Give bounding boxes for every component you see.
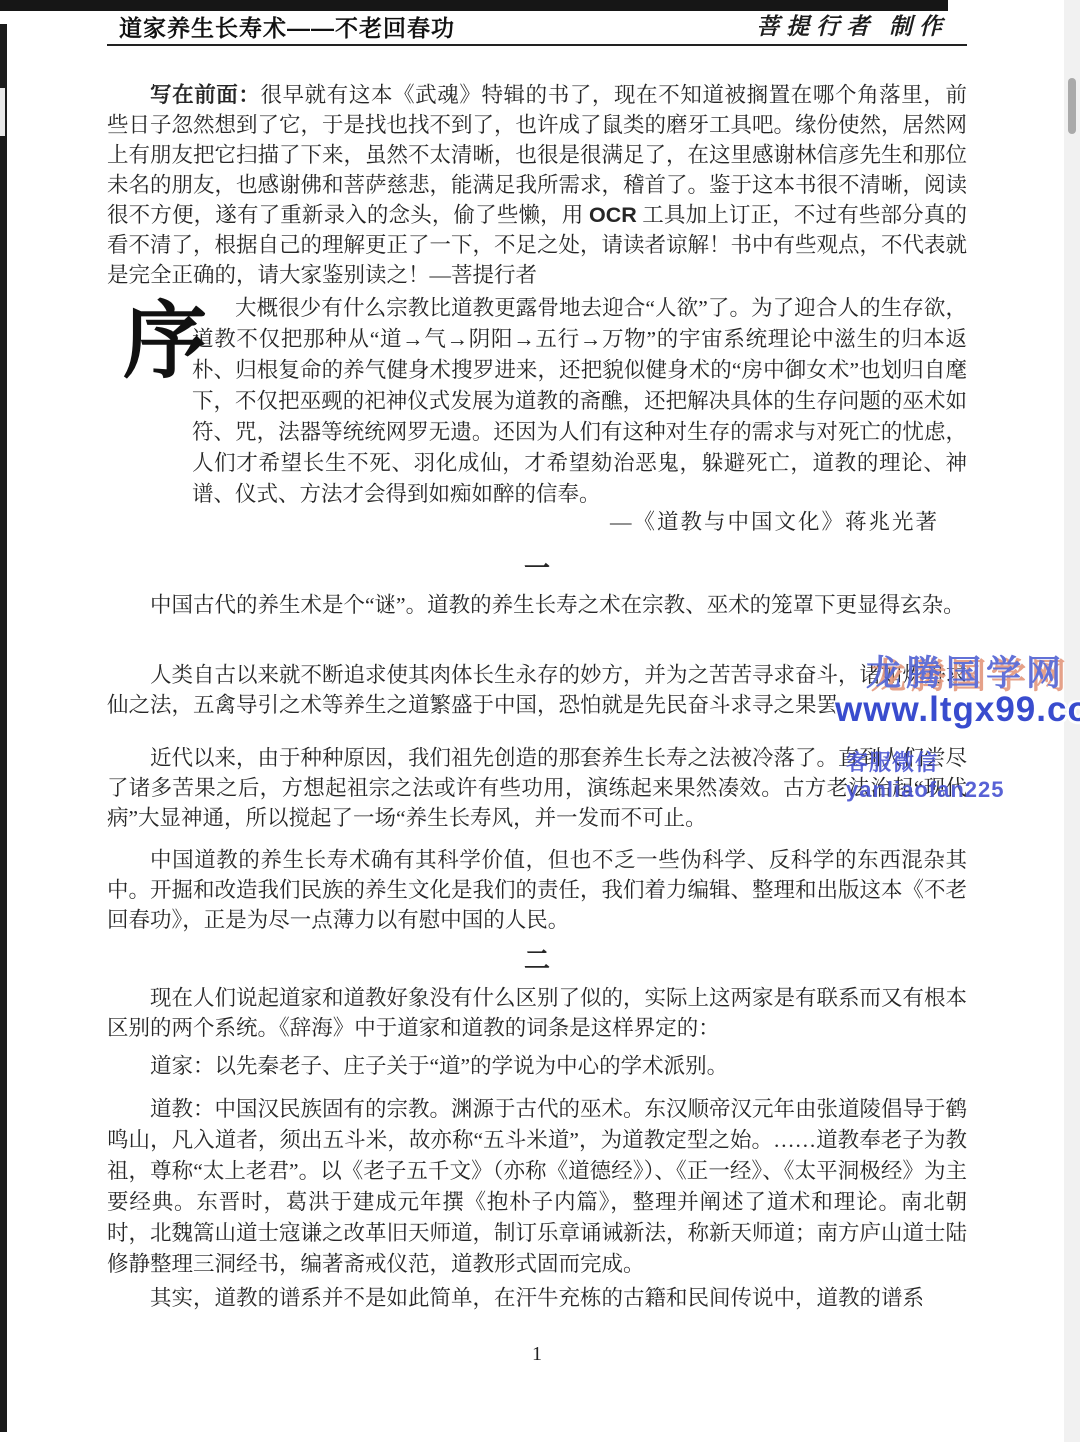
preface-paragraph: 大概很少有什么宗教比道教更露骨地去迎合“人欲”了。为了迎合人的生存欲，道教不仅把… — [192, 293, 967, 510]
ocr-term: OCR — [589, 203, 637, 227]
section-one-marker: 一 — [107, 548, 967, 585]
page-number: 1 — [107, 1343, 967, 1366]
quote-attribution: —《道教与中国文化》蒋兆光著 — [107, 505, 967, 536]
scan-left-edge-notch — [0, 88, 5, 136]
maker-credit: 菩提行者 制作 — [756, 8, 949, 41]
scan-left-edge — [0, 24, 7, 1432]
foreword-lead: 写在前面： — [150, 83, 260, 107]
section-two-paragraph-4: 其实，道教的谱系并不是如此简单，在汗牛充栋的古籍和民间传说中，道教的谱系 — [107, 1283, 967, 1313]
section-one-paragraph-4: 中国道教的养生长寿术确有其科学价值，但也不乏一些伪科学、反科学的东西混杂其中。开… — [107, 845, 967, 935]
section-two-paragraph-2: 道家：以先秦老子、庄子关于“道”的学说为中心的学术派别。 — [107, 1051, 967, 1081]
scrollbar-thumb[interactable] — [1068, 78, 1076, 134]
book-title: 道家养生长寿术——不老回春功 — [119, 10, 455, 43]
page-header: 道家养生长寿术——不老回春功 菩提行者 制作 — [107, 8, 967, 46]
section-one-paragraph-3: 近代以来，由于种种原因，我们祖先创造的那套养生长寿之法被冷落了。直到人们尝尽了诸… — [107, 743, 967, 833]
preface-section: 序 大概很少有什么宗教比道教更露骨地去迎合“人欲”了。为了迎合人的生存欲，道教不… — [107, 293, 967, 510]
section-two-paragraph-3: 道教：中国汉民族固有的宗教。渊源于古代的巫术。东汉顺帝汉元年由张道陵倡导于鹤鸣山… — [107, 1094, 967, 1280]
section-two-paragraph-1: 现在人们说起道家和道教好象没有什么区别了似的，实际上这两家是有联系而又有根本区别… — [107, 983, 967, 1043]
section-two-marker: 二 — [107, 940, 967, 977]
scrollbar-track[interactable] — [1064, 0, 1080, 1442]
scanned-document-page: { "header": { "title": "道家养生长寿术——不老回春功",… — [0, 0, 1080, 1442]
section-one-paragraph-1: 中国古代的养生术是个“谜”。道教的养生长寿之术在宗教、巫术的笼罩下更显得玄杂。 — [107, 590, 967, 620]
section-one-paragraph-2: 人类自古以来就不断追求使其肉体长生永存的妙方，并为之苦苦寻求奋斗，诸如炼丹求仙之… — [107, 660, 967, 720]
preface-drop-character: 序 — [123, 301, 207, 385]
document-page: 道家养生长寿术——不老回春功 菩提行者 制作 写在前面：很早就有这本《武魂》特辑… — [107, 0, 967, 1442]
foreword-paragraph: 写在前面：很早就有这本《武魂》特辑的书了，现在不知道被搁置在哪个角落里，前些日子… — [107, 80, 967, 290]
